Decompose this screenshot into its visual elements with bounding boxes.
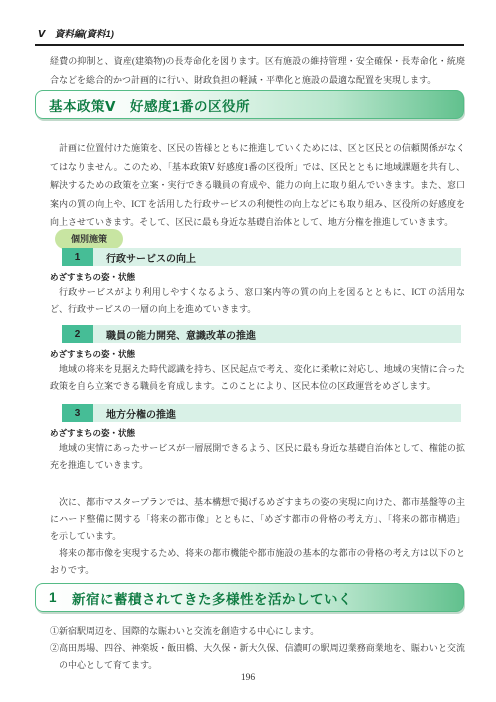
section-3-goal-label: めざすまちの姿・状態 — [50, 427, 135, 439]
diversity-banner-number: 1 — [49, 590, 57, 605]
section-3-title: 地方分権の推進 — [93, 404, 176, 422]
section-2-header: 2 職員の能力開発、意識改革の推進 — [62, 325, 461, 343]
section-1-goal-label: めざすまちの姿・状態 — [50, 271, 135, 283]
numbered-list: ①新宿駅周辺を、国際的な賑わいと交流を創造する中心にします。 ②高田馬場、四谷、… — [50, 623, 465, 674]
section-2-title: 職員の能力開発、意識改革の推進 — [93, 325, 256, 343]
diversity-banner: 1 新宿に蓄積されてきた多様性を活かしていく — [35, 583, 464, 612]
master-plan-paragraph-2: 将来の都市像を実現するため、将来の都市機能や都市施設の基本的な都市の骨格の考え方… — [50, 545, 465, 579]
policy-banner-title: 基本政策Ⅴ 好感度1番の区役所 — [49, 95, 250, 115]
policy-banner: 基本政策Ⅴ 好感度1番の区役所 — [35, 90, 464, 119]
section-1-number: 1 — [62, 248, 93, 266]
section-2-goal-label: めざすまちの姿・状態 — [50, 348, 135, 360]
list-item: ①新宿駅周辺を、国際的な賑わいと交流を創造する中心にします。 — [50, 623, 465, 640]
master-plan-paragraph-1: 次に、都市マスタープランでは、基本構想で掲げるめざすまちの姿の実現に向けた、都市… — [50, 494, 465, 545]
section-1-title: 行政サービスの向上 — [93, 248, 196, 266]
individual-measures-pill: 個別施策 — [55, 229, 123, 249]
document-page: Ⅴ 資料編(資料1) 経費の抑制と、資産(建築物)の長寿命化を図ります。区有施設… — [0, 0, 496, 702]
page-number: 196 — [0, 673, 496, 683]
running-header: Ⅴ 資料編(資料1) — [35, 26, 464, 46]
section-2-number: 2 — [62, 325, 93, 343]
section-1-header: 1 行政サービスの向上 — [62, 248, 461, 266]
section-3-number: 3 — [62, 404, 93, 422]
diversity-banner-title: 新宿に蓄積されてきた多様性を活かしていく — [72, 588, 352, 608]
intro-paragraph: 経費の抑制と、資産(建築物)の長寿命化を図ります。区有施設の維持管理・安全確保・… — [50, 52, 465, 89]
list-item: ②高田馬場、四谷、神楽坂・飯田橋、大久保・新大久保、信濃町の駅周辺業務商業地を、… — [50, 640, 465, 674]
section-3-body: 地域の実情にあったサービスが一層展開できるよう、区民に最も身近な基礎自治体として… — [50, 440, 465, 473]
master-plan-paragraphs: 次に、都市マスタープランでは、基本構想で掲げるめざすまちの姿の実現に向けた、都市… — [50, 494, 465, 579]
policy-paragraph: 計画に位置付けた施策を、区民の皆様とともに推進していくためには、区と区民との信頼… — [50, 139, 465, 232]
section-3-header: 3 地方分権の推進 — [62, 404, 461, 422]
section-2-body: 地域の将来を見据えた時代認識を持ち、区民起点で考え、変化に柔軟に対応し、地域の実… — [50, 361, 465, 394]
section-1-body: 行政サービスがより利用しやすくなるよう、窓口案内等の質の向上を図るとともに、IC… — [50, 284, 465, 317]
